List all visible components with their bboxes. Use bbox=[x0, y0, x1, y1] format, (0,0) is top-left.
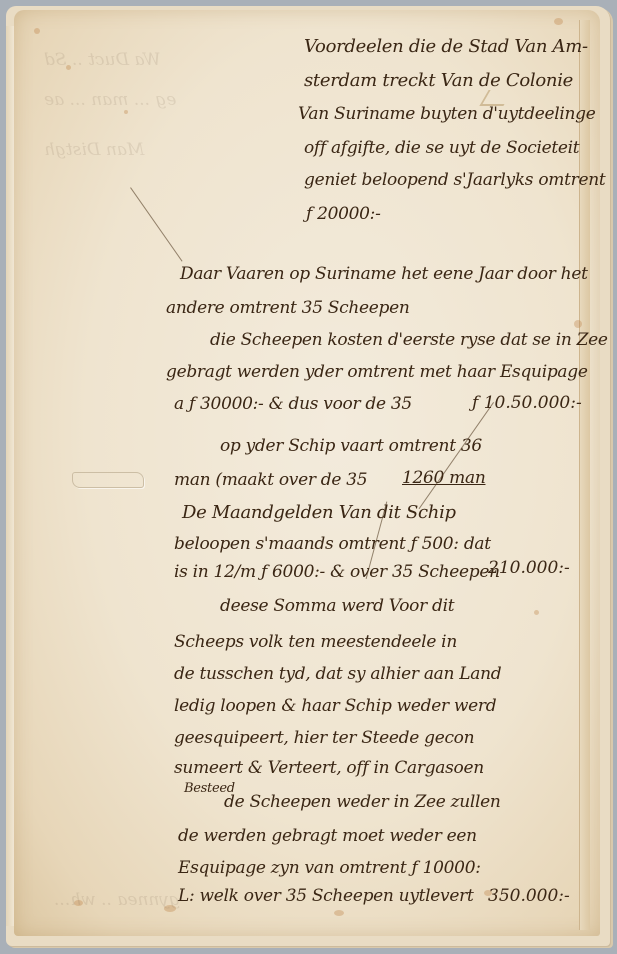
body-line: L: welk over 35 Scheepen uytlevert bbox=[178, 888, 473, 905]
body-line: beloopen s'maands omtrent ƒ 500: dat bbox=[174, 536, 491, 553]
amount-equipage: 350.000:- bbox=[488, 886, 570, 906]
bleed-through-text: Man Distgh bbox=[44, 140, 144, 160]
body-line: de tusschen tyd, dat sy alhier aan Land bbox=[174, 666, 501, 683]
manuscript-page: Wa Duct .. Sd eg ... man ... ae Man Dist… bbox=[14, 10, 600, 936]
body-line: de Scheepen weder in Zee zullen bbox=[224, 794, 501, 811]
body-line: sumeert & Verteert, off in Cargasoen bbox=[174, 760, 484, 777]
heading-line: Van Suriname buyten d'uytdeelinge bbox=[298, 106, 596, 123]
bleed-through-text: Wa Duct .. Sd bbox=[44, 50, 161, 70]
body-line: man (maakt over de 35 bbox=[174, 472, 367, 489]
body-line: deese Somma werd Voor dit bbox=[220, 598, 454, 615]
page-stack: Wa Duct .. Sd eg ... man ... ae Man Dist… bbox=[6, 6, 610, 946]
heading-line: Voordeelen die de Stad Van Am- bbox=[304, 38, 588, 56]
bleed-through-text: gynnea .. wh... bbox=[54, 890, 180, 910]
heading-line: off afgifte, die se uyt de Societeit bbox=[304, 140, 579, 157]
page-edge-right bbox=[579, 20, 590, 930]
foxing-spot bbox=[34, 28, 40, 34]
heading-amount: ƒ 20000:- bbox=[306, 206, 381, 223]
body-line: de werden gebragt moet weder een bbox=[178, 828, 477, 845]
body-line: Esquipage zyn van omtrent ƒ 10000: bbox=[178, 860, 481, 877]
body-line: Daar Vaaren op Suriname het eene Jaar do… bbox=[180, 266, 588, 283]
body-line: gebragt werden yder omtrent met haar Esq… bbox=[166, 364, 588, 381]
embossed-stamp bbox=[72, 472, 144, 488]
body-line: op yder Schip vaart omtrent 36 bbox=[220, 438, 482, 455]
body-line: die Scheepen kosten d'eerste ryse dat se… bbox=[210, 332, 608, 349]
body-line: ledig loopen & haar Schip weder werd bbox=[174, 698, 496, 715]
bleed-through-text: eg ... man ... ae bbox=[44, 90, 176, 110]
body-line: De Maandgelden Van dit Schip bbox=[182, 504, 456, 522]
body-line: Scheeps volk ten meestendeele in bbox=[174, 634, 457, 651]
foxing-spot bbox=[334, 910, 344, 916]
body-line: geesquipeert, hier ter Steede gecon bbox=[174, 730, 474, 747]
foxing-spot bbox=[554, 18, 563, 25]
foxing-spot bbox=[124, 110, 128, 114]
pen-flourish bbox=[128, 187, 182, 262]
foxing-spot bbox=[534, 610, 539, 615]
body-line: a ƒ 30000:- & dus voor de 35 bbox=[174, 396, 412, 413]
body-line: andere omtrent 35 Scheepen bbox=[166, 300, 410, 317]
heading-line: sterdam treckt Van de Colonie bbox=[304, 72, 573, 90]
foxing-spot bbox=[574, 320, 582, 328]
body-line: is in 12/m ƒ 6000:- & over 35 Scheepen bbox=[174, 564, 500, 581]
amount-monthly-wages: 210.000:- bbox=[488, 558, 570, 578]
heading-line: geniet beloopend s'Jaarlyks omtrent bbox=[304, 172, 605, 189]
